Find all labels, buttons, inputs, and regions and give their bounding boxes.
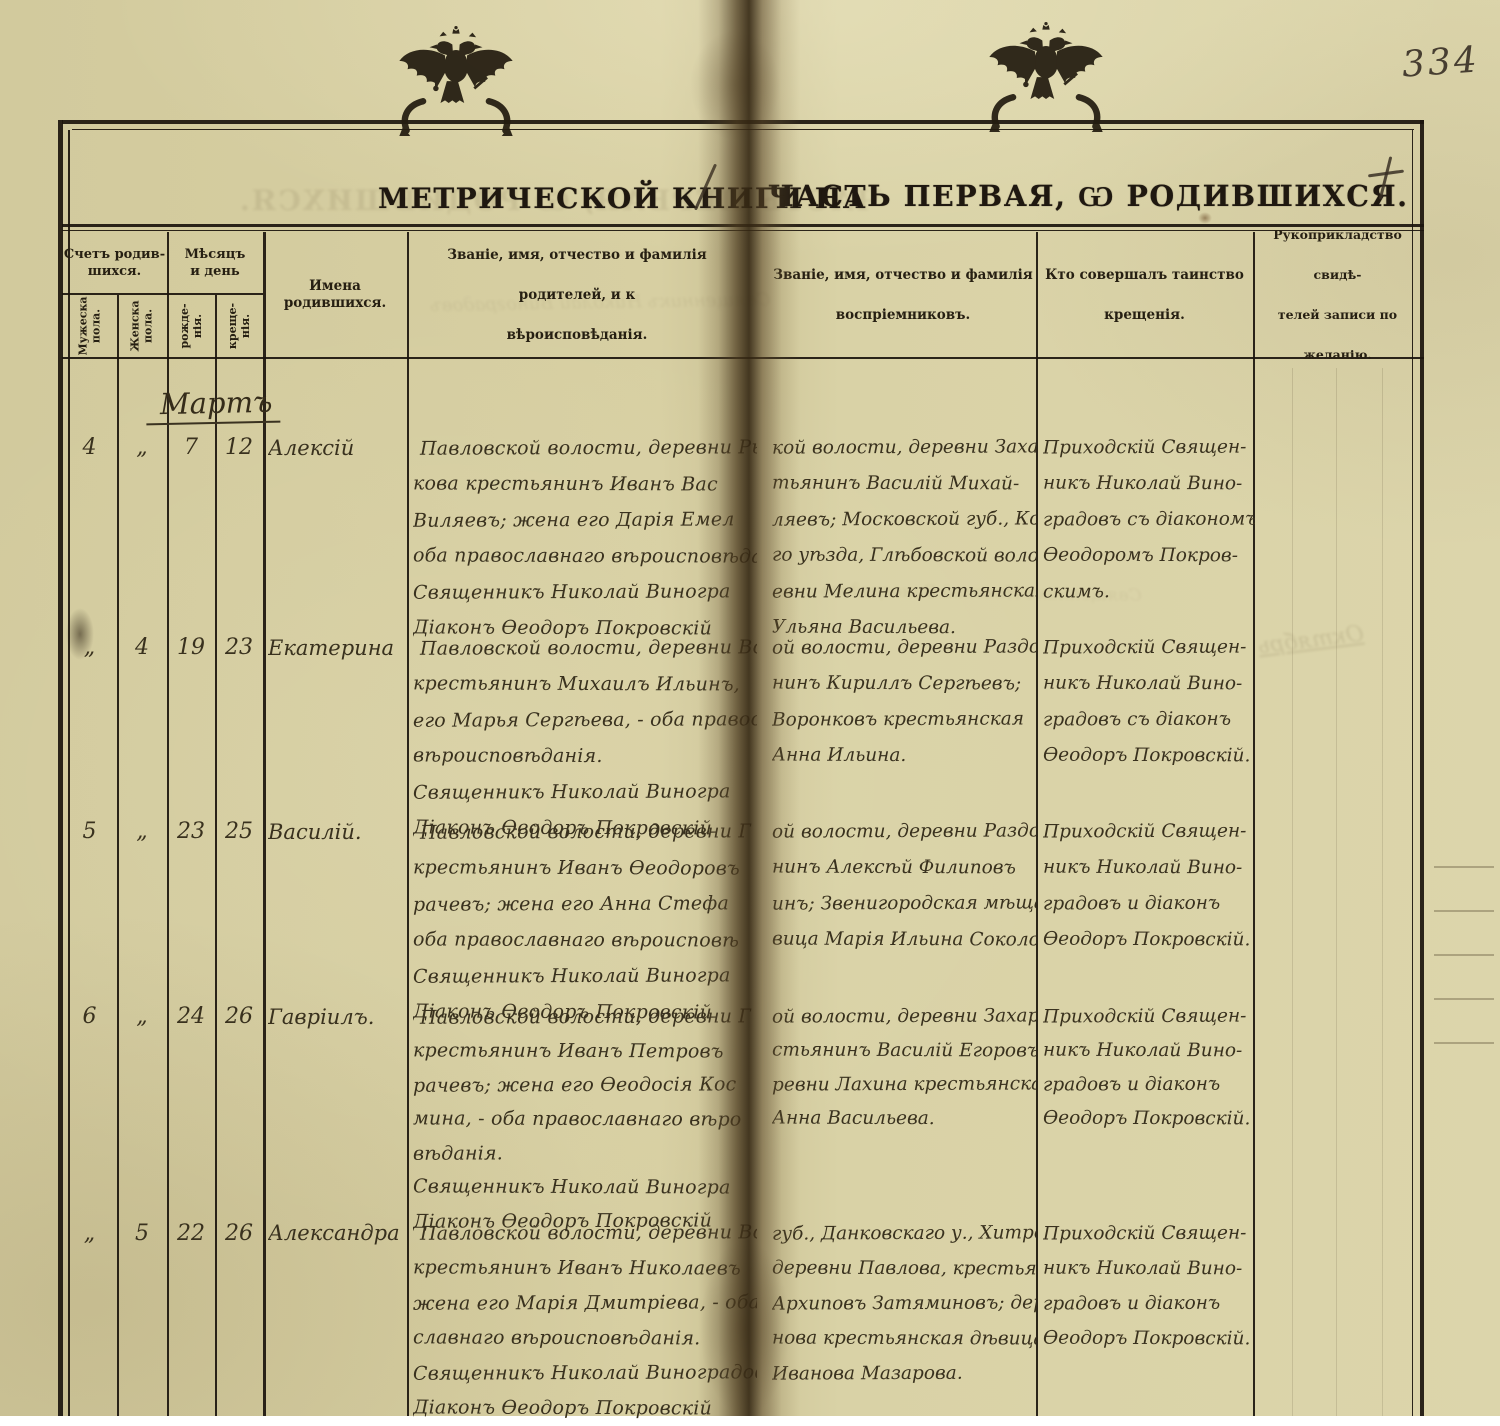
handwritten-line: ой волости, деревни Раздоръ xyxy=(772,630,1036,667)
header-godparents: Званіе, имя, отчество и фамилія воспріем… xyxy=(772,232,1034,358)
handwritten-line: Иванова Мазарова. xyxy=(772,1355,1036,1391)
female-count: 5 xyxy=(117,1216,167,1251)
page-number: 334 xyxy=(1401,39,1481,85)
handwritten-line: никъ Николай Вино- xyxy=(1043,850,1255,887)
birth-day: 22 xyxy=(167,1216,215,1251)
baptism-day: 26 xyxy=(215,1000,263,1034)
imperial-eagle-stamp xyxy=(392,24,520,166)
handwritten-line: никъ Николай Вино- xyxy=(1043,466,1255,503)
handwritten-line: инъ; Звенигородская мѣщан- xyxy=(772,885,1036,922)
handwritten-line: кой волости, деревни Захар- xyxy=(772,430,1036,467)
handwritten-line: никъ Николай Вино- xyxy=(1043,1034,1255,1069)
male-count: „ xyxy=(62,1216,117,1251)
header-female-label: Женска пола. xyxy=(129,300,155,351)
handwritten-line: Приходскій Священ- xyxy=(1043,1216,1255,1251)
header-month-day-group: Мѣсяцъ и день xyxy=(167,234,263,292)
header-born-label: рожде- нія. xyxy=(178,302,204,350)
header-witnesses: Рукоприкладство свидѣ- телей записи по ж… xyxy=(1255,232,1420,358)
adjacent-page-rule xyxy=(1434,1042,1494,1044)
handwritten-line: губ., Данковскаго у., Хитровской xyxy=(772,1216,1036,1252)
bleedthrough-rule xyxy=(1336,368,1337,1416)
handwritten-line: ой волости, деревни Захар- xyxy=(772,1000,1036,1035)
header-names: Имена родившихся. xyxy=(266,232,404,358)
child-name: Александра xyxy=(268,1216,418,1251)
handwritten-line: тьянинъ Василій Михай- xyxy=(772,466,1036,503)
subheader-rule xyxy=(62,293,263,295)
header-born-column: рожде- нія. xyxy=(167,296,215,356)
godparents-text: ой волости, деревни Раздорънинъ Алексѣй … xyxy=(772,814,1036,958)
handwritten-line: Приходскій Священ- xyxy=(1043,814,1255,850)
book-fold-gutter xyxy=(698,0,800,1416)
child-name: Василій. xyxy=(268,814,418,850)
bleedthrough-rule xyxy=(1292,368,1293,1416)
handwritten-line: Анна Васильева. xyxy=(772,1102,1036,1136)
bleedthrough-month: Октябрь xyxy=(1257,622,1365,660)
handwritten-line: Приходскій Священ- xyxy=(1043,430,1255,466)
header-male-label: Мужеска пола. xyxy=(77,296,103,355)
scanned-register-page: ЧАСТЬ ПЕРВАЯ, Ѡ РОДИВШИХСЯ. Священникъ Н… xyxy=(0,0,1500,1416)
handwritten-line: нова крестьянская дѣвица xyxy=(772,1321,1036,1357)
handwritten-line: Анна Ильина. xyxy=(772,738,1036,774)
handwritten-line: Ѳеодоръ Покровскій. xyxy=(1043,738,1255,774)
header-officiant: Кто совершалъ таинство крещенія. xyxy=(1038,232,1251,358)
handwritten-line: стьянинъ Василій Егоровъ; xyxy=(772,1034,1036,1069)
handwritten-line: Воронковъ крестьянская xyxy=(772,701,1036,738)
handwritten-line: градовъ и діаконъ xyxy=(1043,1286,1255,1322)
month-header: Мартъ xyxy=(146,385,281,426)
officiant-text: Приходскій Священ-никъ Николай Вино-град… xyxy=(1043,1000,1255,1136)
male-count: 5 xyxy=(62,814,117,850)
handwritten-line: Приходскій Священ- xyxy=(1043,1000,1255,1034)
officiant-text: Приходскій Священ-никъ Николай Вино-град… xyxy=(1043,1216,1255,1356)
adjacent-page-rule xyxy=(1434,998,1494,1000)
child-name: Екатерина xyxy=(268,630,418,666)
pen-x-mark xyxy=(1366,156,1406,200)
handwritten-line: ляевъ; Московской губ., Коло- xyxy=(772,501,1036,538)
officiant-text: Приходскій Священ-никъ Николай Вино-град… xyxy=(1043,430,1255,610)
handwritten-line: скимъ. xyxy=(1043,574,1255,610)
header-count-group: Счетъ родив- шихся. xyxy=(62,234,167,292)
godparents-text: ой волости, деревни Раздорънинъ Кириллъ … xyxy=(772,630,1036,774)
handwritten-line: Ѳеодоромъ Покров- xyxy=(1043,538,1255,575)
birth-day: 19 xyxy=(167,630,215,666)
godparents-text: ой волости, деревни Захар-стьянинъ Васил… xyxy=(772,1000,1036,1136)
baptism-day: 25 xyxy=(215,814,263,850)
adjacent-page-rule xyxy=(1434,954,1494,956)
handwritten-line: Ѳеодоръ Покровскій. xyxy=(1043,1321,1255,1356)
birth-day: 7 xyxy=(167,430,215,466)
baptism-day: 23 xyxy=(215,630,263,666)
female-count: „ xyxy=(117,814,167,850)
officiant-text: Приходскій Священ-никъ Николай Вино-град… xyxy=(1043,630,1255,774)
handwritten-line: градовъ и діаконъ xyxy=(1043,886,1255,923)
handwritten-line: Ѳеодоръ Покровскій. xyxy=(1043,922,1255,958)
header-baptized-column: креще- нія. xyxy=(215,296,263,356)
header-baptized-label: креще- нія. xyxy=(226,302,252,350)
adjacent-page-rule xyxy=(1434,910,1494,912)
birth-day: 24 xyxy=(167,1000,215,1034)
header-female-column: Женска пола. xyxy=(117,296,167,356)
handwritten-line: го уѣзда, Глѣбовской воло- xyxy=(772,538,1036,575)
adjacent-page-rule xyxy=(1434,866,1494,868)
birth-day: 23 xyxy=(167,814,215,850)
frame-right-outer xyxy=(1420,120,1424,1416)
child-name: Алексій xyxy=(268,430,418,466)
handwritten-line: градовъ съ діаконъ xyxy=(1043,702,1255,739)
handwritten-line: ревни Лахина крестьянская xyxy=(772,1067,1036,1102)
header-male-column: Мужеска пола. xyxy=(62,296,117,356)
handwritten-line: деревни Павлова, крестьянинъ xyxy=(772,1251,1036,1287)
handwritten-line: ой волости, деревни Раздоръ xyxy=(772,814,1036,851)
handwritten-line: градовъ и діаконъ xyxy=(1043,1068,1255,1103)
col-rule-god-officiant xyxy=(1036,232,1038,1416)
handwritten-line: нинъ Алексѣй Филиповъ xyxy=(772,850,1036,887)
handwritten-line: вица Марія Ильина Соколова xyxy=(772,922,1036,958)
baptism-day: 26 xyxy=(215,1216,263,1251)
header-parents: Званіе, имя, отчество и фамилія родителе… xyxy=(409,232,745,358)
baptism-day: 12 xyxy=(215,430,263,466)
handwritten-line: Ѳеодоръ Покровскій. xyxy=(1043,1102,1255,1136)
book-title-right: ЧАСТЬ ПЕРВАЯ, Ѡ РОДИВШИХСЯ. xyxy=(768,179,1409,214)
female-count: „ xyxy=(117,430,167,466)
handwritten-line: Приходскій Священ- xyxy=(1043,630,1255,666)
handwritten-line: никъ Николай Вино- xyxy=(1043,1251,1255,1287)
handwritten-line: нинъ Кириллъ Сергѣевъ; xyxy=(772,666,1036,703)
bleedthrough-rule xyxy=(1382,368,1383,1416)
godparents-text: кой волости, деревни Захар-тьянинъ Васил… xyxy=(772,430,1036,646)
imperial-eagle-stamp xyxy=(982,20,1110,162)
child-name: Гавріилъ. xyxy=(268,1000,418,1034)
female-count: „ xyxy=(117,1000,167,1034)
male-count: 6 xyxy=(62,1000,117,1034)
officiant-text: Приходскій Священ-никъ Николай Вино-град… xyxy=(1043,814,1255,958)
handwritten-line: Архиповъ Затяминовъ; дерев- xyxy=(772,1285,1036,1321)
male-count: 4 xyxy=(62,430,117,466)
handwritten-line: евни Мелина крестьянская жен xyxy=(772,573,1036,610)
handwritten-line: градовъ съ діакономъ xyxy=(1043,502,1255,539)
handwritten-line: никъ Николай Вино- xyxy=(1043,666,1255,703)
female-count: 4 xyxy=(117,630,167,666)
godparents-text: губ., Данковскаго у., Хитровскойдеревни … xyxy=(772,1216,1036,1391)
male-count: „ xyxy=(62,630,117,666)
